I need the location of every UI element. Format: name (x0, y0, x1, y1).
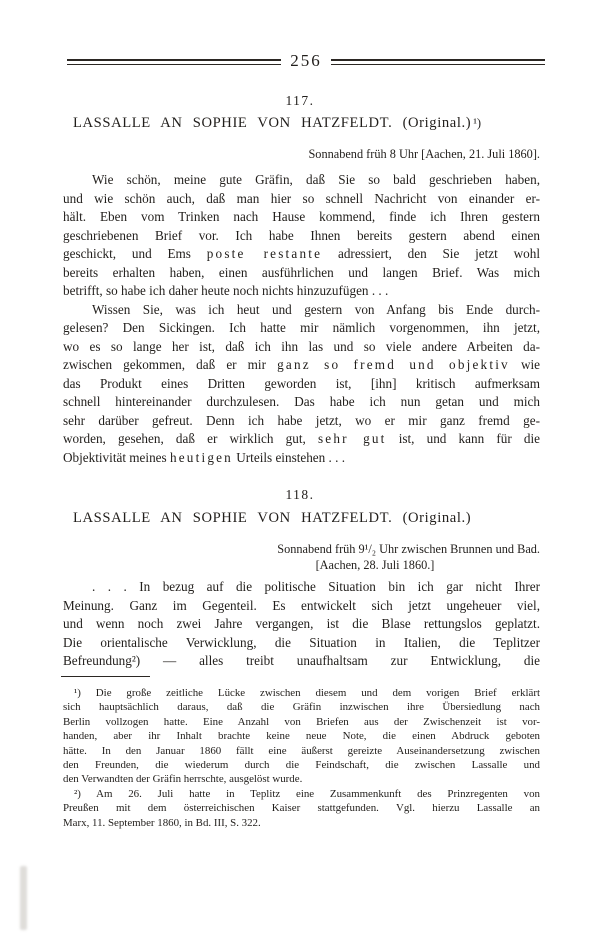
text-segment: zwischen gekommen, daß er mir (63, 357, 277, 372)
paragraph: Wie schön, meine gute Gräfin, daß Sie so… (63, 171, 540, 301)
page-header: 256 (67, 52, 545, 69)
letter-117-body: Wie schön, meine gute Gräfin, daß Sie so… (63, 171, 540, 467)
text-line: geschriebenen Brief vor. Ich habe Ihnen … (63, 227, 540, 246)
letter-118-dateline: Sonnabend früh 9¹/₂ Uhr zwischen Brunnen… (63, 541, 540, 573)
text-line: Wie schön, meine gute Gräfin, daß Sie so… (63, 171, 540, 190)
text-line: bereits erhalten haben, einen ausführlic… (63, 264, 540, 283)
text-line: das Produkt eines Dritten geworden ist, … (63, 375, 540, 394)
letter-118-title: LASSALLE AN SOPHIE VON HATZFELDT. (Origi… (73, 510, 473, 527)
text-segment: geschickt, und Ems (63, 246, 207, 261)
text-line: ¹) Die große zeitliche Lücke zwischen di… (63, 686, 540, 700)
scan-edge-smudge (20, 866, 27, 930)
page-number: 256 (290, 52, 322, 69)
text-line: ²) Am 26. Juli hatte in Teplitz eine Zus… (63, 787, 540, 801)
letterspaced-text: ganz so fremd und objektiv (277, 357, 510, 372)
letter-117-dateline: Sonnabend früh 8 Uhr [Aachen, 21. Juli 1… (63, 146, 540, 162)
letter-117-number: 117. (0, 93, 600, 109)
text-segment: Objektivität meines (63, 450, 170, 465)
text-line: sich hauptsächlich daraus, daß die Gräfi… (63, 700, 540, 714)
text-line: Marx, 11. September 1860, in Bd. III, S.… (63, 816, 540, 830)
text-line: Preußen mit dem österreichischen Kaiser … (63, 801, 540, 815)
text-segment: worden, gesehen, daß er wirklich gut, (63, 431, 318, 446)
text-line: sehr darüber gefreut. Denn ich habe jetz… (63, 412, 540, 431)
text-line: Meinung. Ganz im Gegenteil. Es entwickel… (63, 597, 540, 616)
text-segment: Urteils einstehen . . . (233, 450, 345, 465)
letter-118-title-caps: LASSALLE AN SOPHIE VON HATZFELDT. (73, 510, 392, 526)
text-line: gelesen? Den Sickingen. Ich hatte mir nä… (63, 319, 540, 338)
text-line: wo es so lange her ist, daß ich ihn las … (63, 338, 540, 357)
text-line: den Freunden, die wiederum durch die Fei… (63, 758, 540, 772)
text-line: hätte. In den Januar 1860 fällt eine äuß… (63, 744, 540, 758)
text-line: zwischen gekommen, daß er mir ganz so fr… (63, 356, 540, 375)
letter-118-title-paren: (Original.) (403, 510, 472, 526)
text-segment: adressiert, den Sie jetzt wohl (322, 246, 540, 261)
text-line: . . . In bezug auf die politische Situat… (63, 578, 540, 597)
header-rule-left (67, 59, 281, 64)
footnote-1: ¹) Die große zeitliche Lücke zwischen di… (63, 686, 540, 787)
text-segment: wie (510, 357, 540, 372)
letter-118-number: 118. (0, 487, 600, 503)
text-line: handen, aber ihr Inhalt brachte keine ne… (63, 729, 540, 743)
letter-118-body: . . . In bezug auf die politische Situat… (63, 578, 540, 671)
paragraph: . . . In bezug auf die politische Situat… (63, 578, 540, 671)
text-line: Objektivität meines heutigen Urteils ein… (63, 449, 540, 468)
footnotes-section: ¹) Die große zeitliche Lücke zwischen di… (63, 686, 540, 830)
text-line: Wissen Sie, was ich heut und gestern von… (63, 301, 540, 320)
footnote-ref-1: ¹) (473, 116, 481, 130)
header-rule-right (331, 59, 545, 64)
text-line: und wie schön auch, daß man hier so schn… (63, 190, 540, 209)
book-page: 256 117. LASSALLE AN SOPHIE VON HATZFELD… (0, 0, 600, 935)
text-line: den Verwandten der Gräfin herrschte, aus… (63, 772, 540, 786)
paragraph: Wissen Sie, was ich heut und gestern von… (63, 301, 540, 468)
letterspaced-text: sehr gut (318, 431, 387, 446)
text-line: und wenn noch zwei Jahre vergangen, ist … (63, 615, 540, 634)
text-line: geschickt, und Ems poste restante adress… (63, 245, 540, 264)
letterspaced-text: heutigen (170, 450, 233, 465)
text-line: Befreundung²) — alles treibt unaufhaltsa… (63, 652, 540, 671)
text-line: Berlin vollzogen hatte. Eine Anzahl von … (63, 715, 540, 729)
letter-117-title-paren: (Original.) (403, 115, 472, 131)
dateline-line-2: [Aachen, 28. Juli 1860.] (210, 557, 540, 573)
footnote-2: ²) Am 26. Juli hatte in Teplitz eine Zus… (63, 787, 540, 830)
text-line: worden, gesehen, daß er wirklich gut, se… (63, 430, 540, 449)
dateline-line-1: Sonnabend früh 9¹/₂ Uhr zwischen Brunnen… (63, 541, 540, 557)
text-line: schnell hintereinander durchzulesen. Das… (63, 393, 540, 412)
letter-117-title-caps: LASSALLE AN SOPHIE VON HATZFELDT. (73, 115, 392, 131)
footnote-separator-rule (61, 676, 150, 677)
text-line: betrifft, so habe ich daher heute noch n… (63, 282, 540, 301)
text-segment: ist, und kann für die (387, 431, 540, 446)
text-line: Die orientalische Verwicklung, die Situa… (63, 634, 540, 653)
letter-117-title: LASSALLE AN SOPHIE VON HATZFELDT. (Origi… (73, 115, 481, 132)
text-line: hält. Eben vom Trinken nach Hause kommen… (63, 208, 540, 227)
letterspaced-text: poste restante (207, 246, 322, 261)
